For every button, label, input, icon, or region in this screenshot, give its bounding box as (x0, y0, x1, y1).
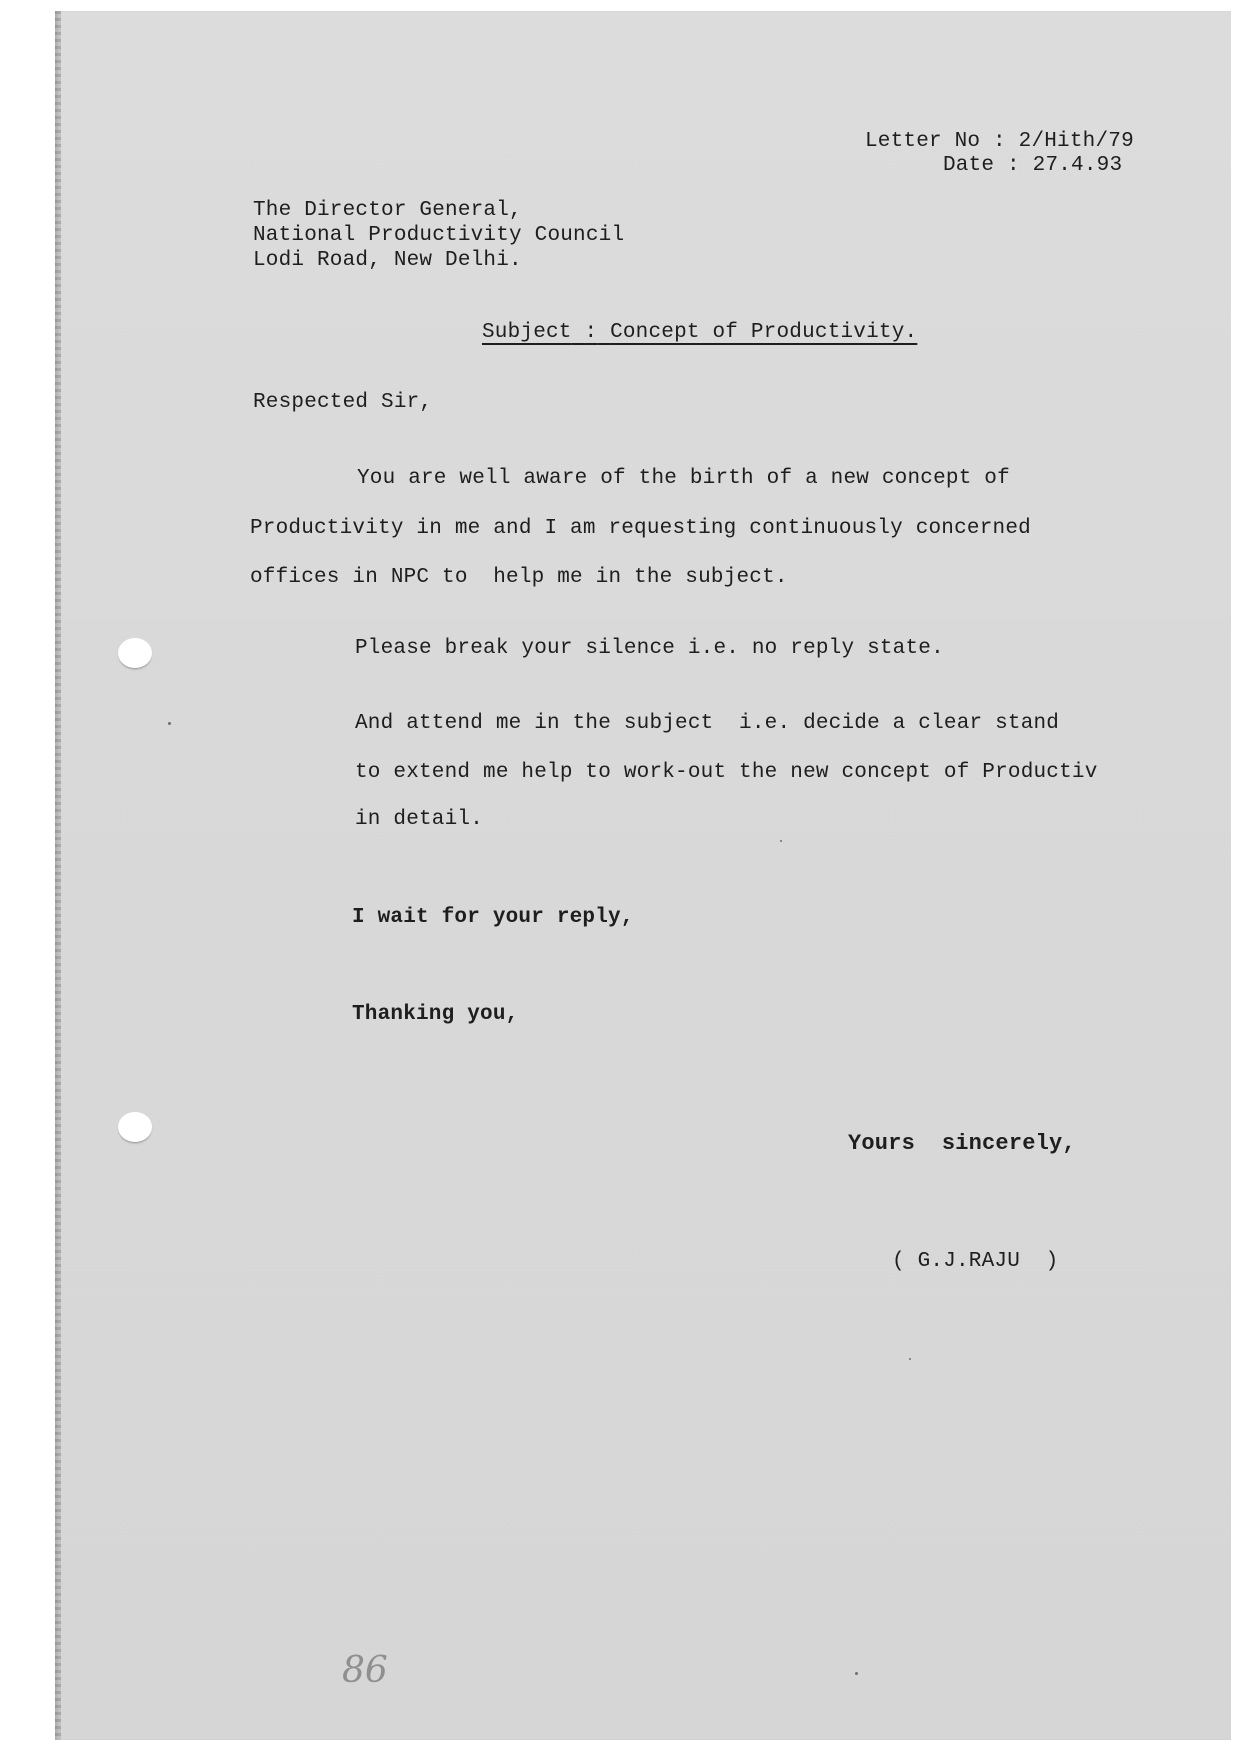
body-line: I wait for your reply, (352, 906, 634, 929)
punch-hole (118, 1112, 152, 1142)
complimentary-close: Yours sincerely, (848, 1131, 1076, 1156)
letter-page (55, 11, 1231, 1740)
page-edge (55, 11, 61, 1740)
body-line: offices in NPC to help me in the subject… (250, 566, 788, 589)
body-line: in detail. (355, 808, 483, 831)
body-line: Thanking you, (352, 1003, 518, 1026)
speck (855, 1672, 858, 1675)
addressee-line: The Director General, (253, 199, 522, 222)
signature-name: ( G.J.RAJU ) (892, 1250, 1058, 1273)
subject-line: Subject : Concept of Productivity. (482, 321, 917, 344)
body-line: Please break your silence i.e. no reply … (355, 637, 944, 660)
speck (909, 1358, 911, 1360)
letter-date: Date : 27.4.93 (943, 154, 1122, 177)
punch-hole (118, 638, 152, 668)
salutation: Respected Sir, (253, 391, 432, 414)
letter-number: Letter No : 2/Hith/79 (865, 130, 1134, 153)
addressee-line: Lodi Road, New Delhi. (253, 249, 522, 272)
addressee-line: National Productivity Council (253, 224, 624, 247)
speck (168, 722, 171, 725)
handwritten-page-number: 86 (342, 1650, 388, 1691)
body-line: Productivity in me and I am requesting c… (250, 517, 1031, 540)
body-line: You are well aware of the birth of a new… (357, 467, 1010, 490)
body-line: And attend me in the subject i.e. decide… (355, 712, 1059, 735)
speck (780, 840, 782, 842)
body-line: to extend me help to work-out the new co… (355, 761, 1098, 784)
